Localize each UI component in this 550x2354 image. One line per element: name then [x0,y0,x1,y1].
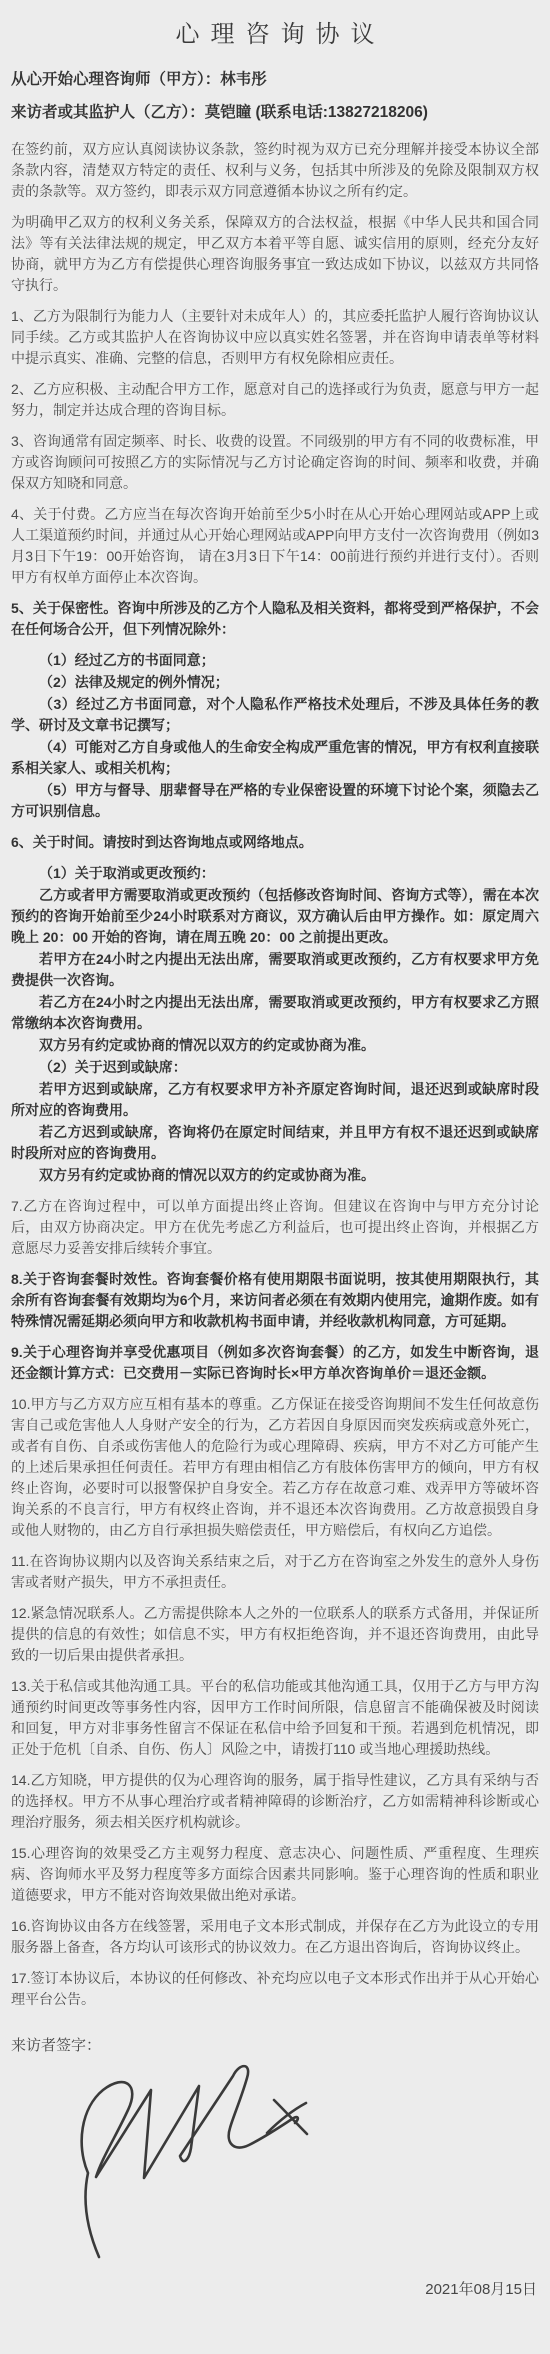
clause-paragraph: （2）法律及规定的例外情况； [11,672,539,693]
clause-paragraph: （1）关于取消或更改预约： [11,863,539,884]
clause-paragraph: 12.紧急情况联系人。乙方需提供除本人之外的一位联系人的联系方式备用，并保证所提… [11,1603,539,1666]
clause-paragraph: 乙方或者甲方需要取消或更改预约（包括修改咨询时间、咨询方式等），需在本次预约的咨… [11,885,539,948]
clause-paragraph: 11.在咨询协议期内以及咨询关系结束之后，对于乙方在咨询室之外发生的意外人身伤害… [11,1551,539,1593]
clause-paragraph: 9.关于心理咨询并享受优惠项目（例如多次咨询套餐）的乙方，如发生中断咨询，退还金… [11,1342,539,1384]
clause-paragraph: 在签约前，双方应认真阅读协议条款，签约时视为双方已充分理解并接受本协议全部条款内… [11,139,539,202]
clause-paragraph: （2）关于迟到或缺席： [11,1057,539,1078]
clause-paragraph: 15.心理咨询的效果受乙方主观努力程度、意志决心、问题性质、严重程度、生理疾病、… [11,1843,539,1906]
clause-paragraph: （1）经过乙方的书面同意； [11,650,539,671]
agreement-page: 心理咨询协议 从心开始心理咨询师（甲方）：林韦彤 来访者或其监护人（乙方）：莫铠… [0,0,550,2354]
clause-paragraph: 3、咨询通常有固定频率、时长、收费的设置。不同级别的甲方有不同的收费标准，甲方或… [11,431,539,494]
clause-paragraph: 16.咨询协议由各方在线签署，采用电子文本形式制成，并保存在乙方为此设立的专用服… [11,1916,539,1958]
clause-paragraph: 若乙方迟到或缺席，咨询将仍在原定时间结束，并且甲方有权不退还迟到或缺席时段所对应… [11,1122,539,1164]
clause-paragraph: 5、关于保密性。咨询中所涉及的乙方个人隐私及相关资料，都将受到严格保护，不会在任… [11,598,539,640]
clause-paragraph: 8.关于咨询套餐时效性。咨询套餐价格有使用期限书面说明，按其使用期限执行，其余所… [11,1269,539,1332]
party-b-line: 来访者或其监护人（乙方）：莫铠瞳 (联系电话:13827218206) [11,102,539,124]
clause-paragraph: 7.乙方在咨询过程中，可以单方面提出终止咨询。但建议在咨询中与甲方充分讨论后，由… [11,1196,539,1259]
clause-paragraph: 4、关于付费。乙方应当在每次咨询开始前至少5小时在从心开始心理网站或APP上或人… [11,504,539,588]
clause-paragraph: 双方另有约定或协商的情况以双方的约定或协商为准。 [11,1165,539,1186]
clause-paragraph: 若甲方迟到或缺席，乙方有权要求甲方补齐原定咨询时间，退还迟到或缺席时段所对应的咨… [11,1079,539,1121]
clause-paragraph: 1、乙方为限制行为能力人（主要针对未成年人）的，其应委托监护人履行咨询协议认同手… [11,306,539,369]
clause-paragraph: 双方另有约定或协商的情况以双方的约定或协商为准。 [11,1035,539,1056]
clause-paragraph: 为明确甲乙双方的权利义务关系，保障双方的合法权益，根据《中华人民共和国合同法》等… [11,212,539,296]
signature-drawing [39,2061,339,2266]
clause-paragraph: 17.签订本协议后，本协议的任何修改、补充均应以电子文本形式作出并于从心开始心理… [11,1968,539,2010]
clause-paragraph: （4）可能对乙方自身或他人的生命安全构成严重危害的情况，甲方有权利直接联系相关家… [11,737,539,779]
clause-paragraph: 6、关于时间。请按时到达咨询地点或网络地点。 [11,832,539,853]
clause-paragraph: 14.乙方知晓，甲方提供的仅为心理咨询的服务，属于指导性建议，乙方具有采纳与否的… [11,1770,539,1833]
clause-paragraph: 13.关于私信或其他沟通工具。平台的私信功能或其他沟通工具，仅用于乙方与甲方沟通… [11,1676,539,1760]
signature-section: 来访者签字： [11,2034,539,2266]
party-a-line: 从心开始心理咨询师（甲方）：林韦彤 [11,69,539,91]
clause-paragraph: 若甲方在24小时之内提出无法出席，需要取消或更改预约，乙方有权要求甲方免费提供一… [11,949,539,991]
agreement-date: 2021年08月15日 [11,2278,539,2299]
signature-label: 来访者签字： [11,2034,539,2055]
visitor-signature [39,2061,539,2266]
clause-paragraph: （5）甲方与督导、朋辈督导在严格的专业保密设置的环境下讨论个案，须隐去乙方可识别… [11,780,539,822]
clause-paragraph: 若乙方在24小时之内提出无法出席，需要取消或更改预约，甲方有权要求乙方照常缴纳本… [11,992,539,1034]
clause-paragraph: 2、乙方应积极、主动配合甲方工作，愿意对自己的选择或行为负责，愿意与甲方一起努力… [11,379,539,421]
clause-paragraph: 10.甲方与乙方双方应互相有基本的尊重。乙方保证在接受咨询期间不发生任何故意伤害… [11,1394,539,1541]
clause-paragraph: （3）经过乙方书面同意，对个人隐私作严格技术处理后，不涉及具体任务的教学、研讨及… [11,694,539,736]
agreement-body: 在签约前，双方应认真阅读协议条款，签约时视为双方已充分理解并接受本协议全部条款内… [11,139,539,2010]
page-title: 心理咨询协议 [11,14,539,49]
